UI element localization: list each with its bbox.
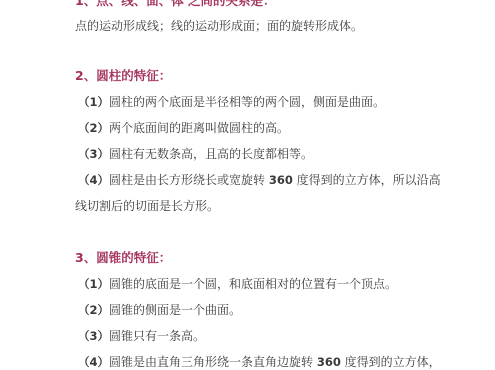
section2-item-4: （4）圆柱是由长方形绕长或宽旋转 360 度得到的立方体，所以沿高 [78,172,441,188]
section3-item-2: （2）圆锥的侧面是一个曲面。 [78,302,241,318]
item-text: 圆锥的侧面是一个曲面。 [109,303,241,317]
item-text: 度得到的立方体， [341,355,441,369]
item-number: （4） [78,173,109,187]
item-text: 圆柱的两个底面是半径相等的两个圆，侧面是曲面。 [109,95,385,109]
section1-text: 点的运动形成线；线的运动形成面；面的旋转形成体。 [75,18,363,34]
item-number: （4） [78,355,109,369]
item-number: （3） [78,147,109,161]
document-page: 1、点、线、面、体 之间的关系是： 点的运动形成线；线的运动形成面；面的旋转形成… [0,0,495,370]
section2-item-2: （2）两个底面间的距离叫做圆柱的高。 [78,120,289,136]
section3-item-3: （3）圆锥只有一条高。 [78,328,205,344]
item-text: 圆柱是由长方形绕长或宽旋转 [109,173,269,187]
item-number: （1） [78,277,109,291]
section2-heading: 2、圆柱的特征： [75,68,171,84]
item-text: 两个底面间的距离叫做圆柱的高。 [109,121,289,135]
item-value: 360 [317,355,341,369]
section1-heading: 1、点、线、面、体 之间的关系是： [75,0,276,9]
item-text: 圆锥的底面是一个圆，和底面相对的位置有一个顶点。 [109,277,397,291]
item-text: 圆柱有无数条高，且高的长度都相等。 [109,147,313,161]
section3-item-1: （1）圆锥的底面是一个圆，和底面相对的位置有一个顶点。 [78,276,397,292]
item-text: 度得到的立方体，所以沿高 [293,173,441,187]
section3-heading: 3、圆锥的特征： [75,250,171,266]
section2-item-1: （1）圆柱的两个底面是半径相等的两个圆，侧面是曲面。 [78,94,385,110]
section2-item-3: （3）圆柱有无数条高，且高的长度都相等。 [78,146,313,162]
item-number: （2） [78,121,109,135]
item-text: 圆锥只有一条高。 [109,329,205,343]
section2-item-4-continuation: 线切割后的切面是长方形。 [75,198,219,214]
section3-item-4: （4）圆锥是由直角三角形绕一条直角边旋转 360 度得到的立方体， [78,354,441,370]
item-number: （1） [78,95,109,109]
item-number: （3） [78,329,109,343]
item-number: （2） [78,303,109,317]
item-value: 360 [269,173,293,187]
item-text: 圆锥是由直角三角形绕一条直角边旋转 [109,355,317,369]
